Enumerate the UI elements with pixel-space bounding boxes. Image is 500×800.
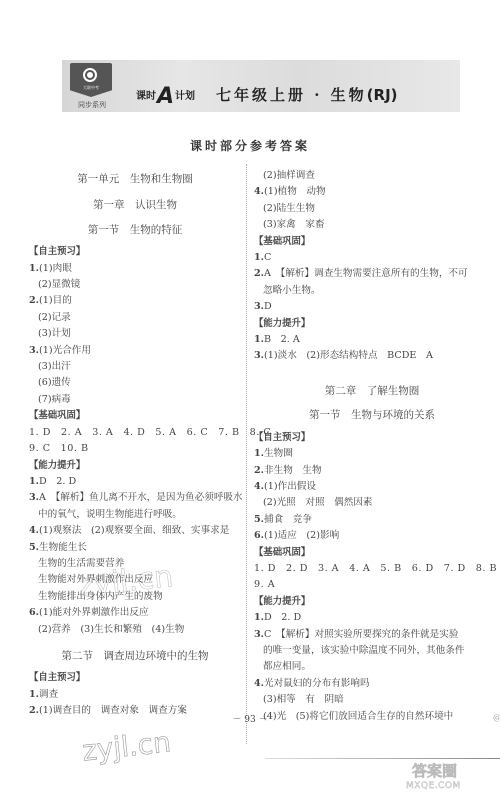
- page-number: － 93 －: [0, 712, 500, 725]
- answer-line: 3.C 【解析】对照实验所要探究的条件就是实验: [254, 627, 490, 643]
- answer-line: (2)光照 对照 偶然因素: [254, 495, 490, 511]
- answer-line: (2)抽样调查: [254, 168, 490, 184]
- answer-line: 3.D: [254, 299, 490, 315]
- unit-title: 第一单元 生物和生物圈: [29, 171, 241, 187]
- answer-line: (3)计划: [29, 326, 241, 342]
- brand-suffix: 计划: [175, 91, 195, 102]
- section-title: 第一节 生物与环境的关系: [254, 407, 490, 423]
- answer-line: 6.(1)能对外界刺激作出反应: [29, 605, 241, 621]
- answer-line: 6.(1)适应 (2)影响: [254, 528, 490, 544]
- answer-line: 的唯一变量，该实验中除温度不同外，其他条件: [254, 643, 490, 659]
- edge-mark: @: [493, 713, 500, 722]
- ability-tag: 【能力提升】: [29, 458, 241, 474]
- answer-line: 5.生物能生长: [29, 540, 241, 556]
- answer-line: 1.(1)肉眼: [29, 261, 241, 277]
- answer-line: 2.A 【解析】调查生物需要注意所有的生物，不可: [254, 266, 490, 282]
- preview-tag: 【自主预习】: [29, 670, 241, 686]
- brand-letter: A: [157, 84, 174, 109]
- series-label: 同步系列: [70, 100, 114, 110]
- answer-line: (3)相等 有 阴暗: [254, 692, 490, 708]
- answer-line: 都应相同。: [254, 659, 490, 675]
- section-title: 第二节 调查周边环境中的生物: [29, 648, 241, 664]
- answer-line: 3.(1)淡水 (2)形态结构特点 BCDE A: [254, 348, 490, 364]
- answer-line: (2)营养 (3)生长和繁殖 (4)生物: [29, 622, 241, 638]
- answer-line: 1.D 2. D: [254, 610, 490, 626]
- answer-line: (3)家禽 家畜: [254, 217, 490, 233]
- answer-line: (6)遗传: [29, 375, 241, 391]
- badge-text: 大联中考: [70, 85, 112, 91]
- answer-line: 9. A: [254, 577, 490, 593]
- chapter-title: 第二章 了解生物圈: [254, 383, 490, 399]
- answer-line: (2)记录: [29, 310, 241, 326]
- book-title-text: 七年级上册 · 生物: [216, 86, 367, 104]
- ability-tag: 【能力提升】: [254, 594, 490, 610]
- watermark-mxqe-url: MXQE.COM: [406, 781, 461, 791]
- answer-line: 中的氧气，说明生物能进行呼吸。: [29, 507, 241, 523]
- book-title: 七年级上册 · 生物(RJ): [216, 84, 398, 105]
- answer-line: 4.(1)作出假设: [254, 479, 490, 495]
- ability-tag: 【能力提升】: [254, 316, 490, 332]
- answer-line: (2)显微镜: [29, 277, 241, 293]
- brand-logo: 课时A计划: [136, 80, 195, 105]
- answer-line: (3)出汗: [29, 359, 241, 375]
- preview-tag: 【自主预习】: [254, 430, 490, 446]
- answer-line: 1.B 2. A: [254, 332, 490, 348]
- answer-line: 4.(1)观察法 (2)观察要全面、细致、实事求是: [29, 523, 241, 539]
- answer-line: 1. D 2. D 3. A 4. A 5. B 6. D 7. D 8. B: [254, 561, 490, 577]
- chapter-title: 第一章 认识生物: [29, 197, 241, 213]
- bottom-rule: [265, 758, 500, 759]
- basic-tag: 【基础巩固】: [254, 234, 490, 250]
- brand-prefix: 课时: [136, 91, 156, 102]
- watermark-zyjl: zyjl.cn: [81, 725, 173, 767]
- answer-line: 1. D 2. A 3. A 4. D 5. A 6. C 7. B 8. C: [29, 425, 241, 441]
- answer-line: 4.(1)植物 动物: [254, 184, 490, 200]
- answer-line: 忽略小生物。: [254, 283, 490, 299]
- basic-tag: 【基础巩固】: [254, 545, 490, 561]
- answer-line: 9. C 10. B: [29, 441, 241, 457]
- answer-line: 3.A 【解析】鱼儿离不开水，是因为鱼必须呼吸水: [29, 490, 241, 506]
- badge-logo-dot: [87, 72, 93, 78]
- answer-line: 1.D 2. D: [29, 474, 241, 490]
- publisher-badge: 大联中考: [70, 63, 112, 97]
- left-column: 第一单元 生物和生物圈 第一章 认识生物 第一节 生物的特征 【自主预习】 1.…: [29, 168, 241, 720]
- answer-line: 5.捕食 竞争: [254, 512, 490, 528]
- answer-line: 4.光对鼠妇的分布有影响吗: [254, 676, 490, 692]
- section-title: 第一节 生物的特征: [29, 222, 241, 238]
- watermark-mxqe-logo: 答案圈: [412, 760, 457, 781]
- answer-line: 2.(1)目的: [29, 293, 241, 309]
- answer-line: 2.非生物 生物: [254, 463, 490, 479]
- preview-tag: 【自主预习】: [29, 244, 241, 260]
- answer-line: (2)陆生生物: [254, 201, 490, 217]
- answer-line: 1.生物圈: [254, 446, 490, 462]
- basic-tag: 【基础巩固】: [29, 408, 241, 424]
- answer-line: 1.C: [254, 250, 490, 266]
- book-code: (RJ): [367, 86, 398, 104]
- answer-line: (7)病毒: [29, 392, 241, 408]
- right-column: (2)抽样调查 4.(1)植物 动物 (2)陆生生物 (3)家禽 家畜 【基础巩…: [254, 168, 490, 725]
- page-title: 课时部分参考答案: [0, 137, 500, 154]
- column-divider: [246, 164, 247, 744]
- answer-line: 1.调查: [29, 687, 241, 703]
- answer-line: 3.(1)光合作用: [29, 343, 241, 359]
